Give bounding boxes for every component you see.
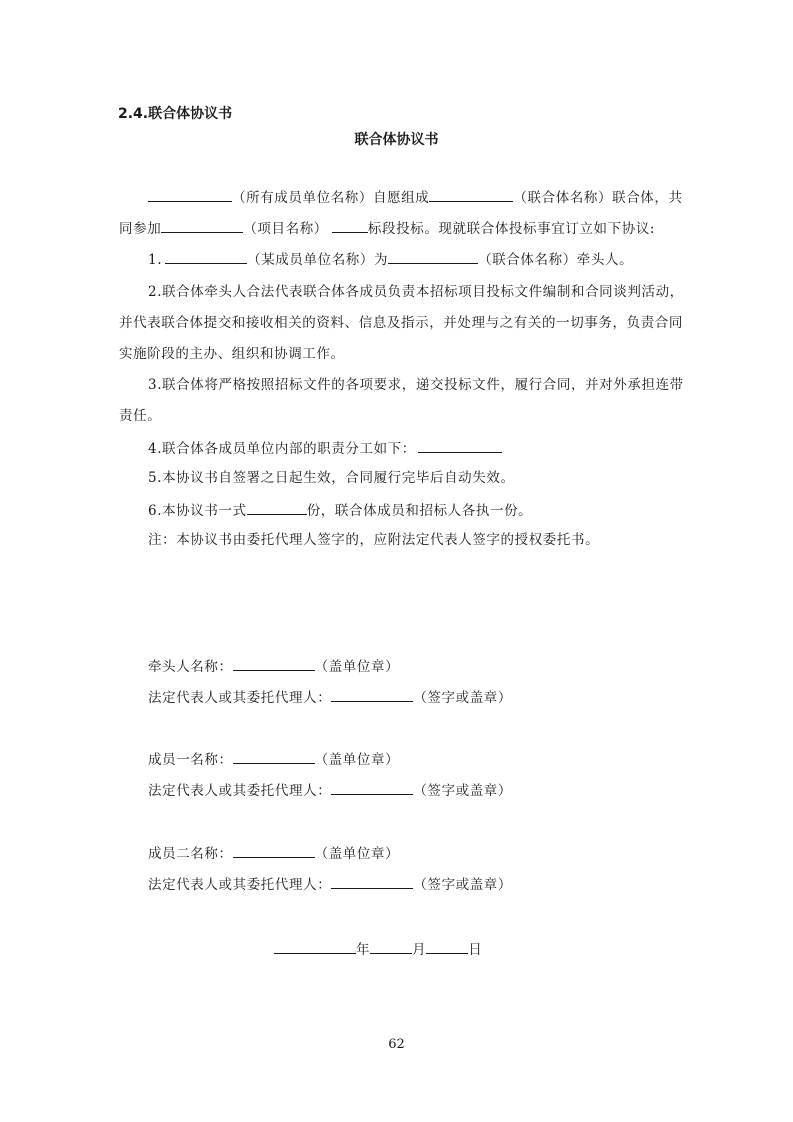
member1-name-blank[interactable]	[233, 748, 315, 764]
clause-6-text-2: 份，联合体成员和招标人各执一份。	[307, 503, 533, 519]
member1-sign-note: （签字或盖章）	[413, 783, 512, 799]
day-blank[interactable]	[426, 938, 468, 954]
division-of-duties-blank[interactable]	[418, 437, 502, 453]
clause-2-line-3: 实施阶段的主办、组织和协调工作。	[119, 344, 345, 364]
member1-rep-blank[interactable]	[331, 779, 413, 795]
clause-1-number: 1.	[148, 252, 162, 268]
lead-name-blank[interactable]	[233, 655, 315, 671]
page-number: 62	[0, 1035, 793, 1055]
consortium-name-blank[interactable]	[429, 186, 513, 202]
lead-member-blank[interactable]	[165, 248, 247, 264]
intro-text-1: （所有成员单位名称）自愿组成	[232, 190, 429, 206]
document-title: 联合体协议书	[0, 130, 793, 150]
member2-sign-note: （签字或盖章）	[413, 877, 512, 893]
lead-name-label: 牵头人名称：	[148, 659, 233, 675]
intro-line-2: 同参加（项目名称）标段投标。现就联合体投标事宜订立如下协议:	[119, 217, 655, 239]
day-label: 日	[468, 942, 482, 958]
member2-name-label: 成员二名称：	[148, 846, 233, 862]
member1-rep-line: 法定代表人或其委托代理人：（签字或盖章）	[148, 779, 512, 801]
year-blank[interactable]	[274, 938, 356, 954]
lot-blank[interactable]	[332, 217, 368, 233]
clause-1-text-2: （联合体名称）牵头人。	[478, 252, 633, 268]
clause-1: 1.（某成员单位名称）为（联合体名称）牵头人。	[148, 248, 633, 270]
consortium-name-blank-2[interactable]	[388, 248, 478, 264]
month-label: 月	[412, 942, 426, 958]
clause-2-line-1: 2.联合体牵头人合法代表联合体各成员负责本招标项目投标文件编制和合同谈判活动，	[148, 282, 684, 302]
member1-rep-label: 法定代表人或其委托代理人：	[148, 783, 331, 799]
member-names-blank[interactable]	[148, 186, 232, 202]
intro-text-2: （联合体名称）联合体，共	[513, 190, 682, 206]
lead-sign-note: （签字或盖章）	[413, 690, 512, 706]
month-blank[interactable]	[370, 938, 412, 954]
member1-seal-note: （盖单位章）	[315, 752, 400, 768]
clause-4-text: 4.联合体各成员单位内部的职责分工如下：	[148, 441, 416, 457]
clause-5: 5.本协议书自签署之日起生效，合同履行完毕后自动失效。	[148, 468, 515, 488]
clause-3-line-2: 责任。	[119, 406, 161, 426]
intro-text-5: 标段投标。现就联合体投标事宜订立如下协议:	[368, 221, 655, 237]
section-heading: 2.4.联合体协议书	[118, 104, 232, 124]
member2-rep-line: 法定代表人或其委托代理人：（签字或盖章）	[148, 873, 512, 895]
clause-3-line-1: 3.联合体将严格按照招标文件的各项要求，递交投标文件，履行合同，并对外承担连带	[148, 375, 684, 395]
intro-line-1: （所有成员单位名称）自愿组成（联合体名称）联合体，共	[148, 186, 683, 208]
clause-6: 6.本协议书一式份，联合体成员和招标人各执一份。	[148, 499, 532, 521]
member2-rep-blank[interactable]	[331, 873, 413, 889]
clause-4: 4.联合体各成员单位内部的职责分工如下：	[148, 437, 502, 459]
clause-6-text-1: 6.本协议书一式	[148, 503, 247, 519]
member2-name-blank[interactable]	[233, 842, 315, 858]
year-label: 年	[356, 942, 370, 958]
clause-2-line-2: 并代表联合体提交和接收相关的资料、信息及指示，并处理与之有关的一切事务，负责合同	[119, 313, 683, 333]
lead-rep-line: 法定代表人或其委托代理人：（签字或盖章）	[148, 686, 512, 708]
intro-text-4: （项目名称）	[243, 221, 328, 237]
lead-name-line: 牵头人名称：（盖单位章）	[148, 655, 399, 677]
lead-seal-note: （盖单位章）	[315, 659, 400, 675]
project-name-blank[interactable]	[161, 217, 243, 233]
intro-text-3: 同参加	[119, 221, 161, 237]
lead-rep-label: 法定代表人或其委托代理人：	[148, 690, 331, 706]
member2-name-line: 成员二名称：（盖单位章）	[148, 842, 399, 864]
member2-seal-note: （盖单位章）	[315, 846, 400, 862]
lead-rep-blank[interactable]	[331, 686, 413, 702]
copies-count-blank[interactable]	[247, 499, 307, 515]
note: 注：本协议书由委托代理人签字的，应附法定代表人签字的授权委托书。	[148, 530, 599, 550]
member2-rep-label: 法定代表人或其委托代理人：	[148, 877, 331, 893]
document-page: 2.4.联合体协议书 联合体协议书 （所有成员单位名称）自愿组成（联合体名称）联…	[0, 0, 793, 1122]
member1-name-label: 成员一名称：	[148, 752, 233, 768]
date-line: 年月日	[274, 938, 482, 960]
clause-1-text-1: （某成员单位名称）为	[247, 252, 388, 268]
member1-name-line: 成员一名称：（盖单位章）	[148, 748, 399, 770]
